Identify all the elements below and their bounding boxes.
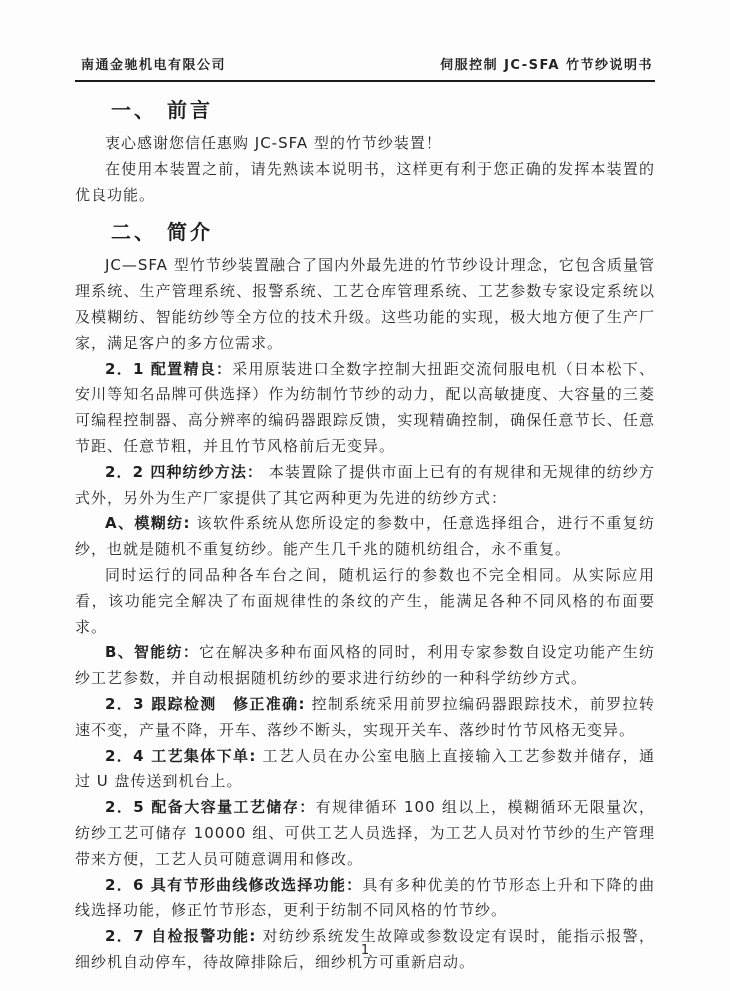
section-heading: 一、 前言: [111, 96, 655, 124]
paragraph-lead: 2．2 四种纺纱方法：: [105, 463, 263, 481]
paragraph: 在使用本装置之前，请先熟读本说明书，这样更有利于您正确的发挥本装置的优良功能。: [75, 157, 655, 209]
header-manual-title: 伺服控制 JC-SFA 竹节纱说明书: [440, 54, 653, 73]
paragraph: A、模糊纺: 该软件系统从您所设定的参数中，任意选择组合，进行不重复纺纱，也就是…: [75, 511, 655, 563]
paragraph-text: 在使用本装置之前，请先熟读本说明书，这样更有利于您正确的发挥本装置的优良功能。: [75, 160, 655, 204]
page-header: 南通金驰机电有限公司 伺服控制 JC-SFA 竹节纱说明书: [75, 54, 655, 82]
paragraph: 2．6 具有节形曲线修改选择功能：具有多种优美的竹节形态上升和下降的曲线选择功能…: [75, 873, 655, 925]
paragraph: B、智能纺：它在解决多种布面风格的同时，利用专家参数自设定功能产生纺纱工艺参数，…: [75, 640, 655, 692]
paragraph-lead: A、模糊纺:: [105, 514, 191, 532]
paragraph: JC—SFA 型竹节纱装置融合了国内外最先进的竹节纱设计理念，它包含质量管理系统…: [75, 253, 655, 356]
paragraph-lead: 2．5 配备大容量工艺储存：: [105, 798, 316, 816]
paragraph-lead: 2．1 配置精良：: [105, 360, 232, 378]
paragraph: 2．1 配置精良：采用原装进口全数字控制大扭距交流伺服电机（日本松下、安川等知名…: [75, 357, 655, 460]
paragraph-text: JC—SFA 型竹节纱装置融合了国内外最先进的竹节纱设计理念，它包含质量管理系统…: [75, 256, 655, 351]
section-heading: 二、 简介: [111, 218, 655, 246]
paragraph: 2．3 跟踪检测 修正准确: 控制系统采用前罗拉编码器跟踪技术，前罗拉转速不变，…: [75, 692, 655, 744]
document-content: 一、 前言衷心感谢您信任惠购 JC-SFA 型的竹节纱装置！在使用本装置之前，请…: [75, 96, 655, 976]
paragraph: 衷心感谢您信任惠购 JC-SFA 型的竹节纱装置！: [75, 131, 655, 157]
document-page: 南通金驰机电有限公司 伺服控制 JC-SFA 竹节纱说明书 一、 前言衷心感谢您…: [0, 0, 730, 991]
paragraph: 2．2 四种纺纱方法： 本装置除了提供市面上已有的有规律和无规律的纺纱方式外，另…: [75, 460, 655, 512]
paragraph-text: 衷心感谢您信任惠购 JC-SFA 型的竹节纱装置！: [105, 134, 442, 152]
paragraph-lead: B、智能纺：: [105, 643, 199, 661]
page-number: 1: [361, 943, 369, 958]
paragraph-text: 同时运行的同品种各车台之间，随机运行的参数也不完全相同。从实际应用看，该功能完全…: [75, 566, 655, 636]
paragraph: 2．4 工艺集体下单: 工艺人员在办公室电脑上直接输入工艺参数并储存，通过 U …: [75, 744, 655, 796]
paragraph: 同时运行的同品种各车台之间，随机运行的参数也不完全相同。从实际应用看，该功能完全…: [75, 563, 655, 640]
paragraph: 2．5 配备大容量工艺储存：有规律循环 100 组以上，模糊循环无限量次，纺纱工…: [75, 795, 655, 872]
page-footer: 1: [0, 943, 730, 958]
paragraph-lead: 2．4 工艺集体下单:: [105, 747, 256, 765]
header-company: 南通金驰机电有限公司: [81, 54, 226, 73]
paragraph-lead: 2．6 具有节形曲线修改选择功能：: [105, 876, 362, 894]
paragraph-lead: 2．3 跟踪检测 修正准确:: [105, 695, 306, 713]
